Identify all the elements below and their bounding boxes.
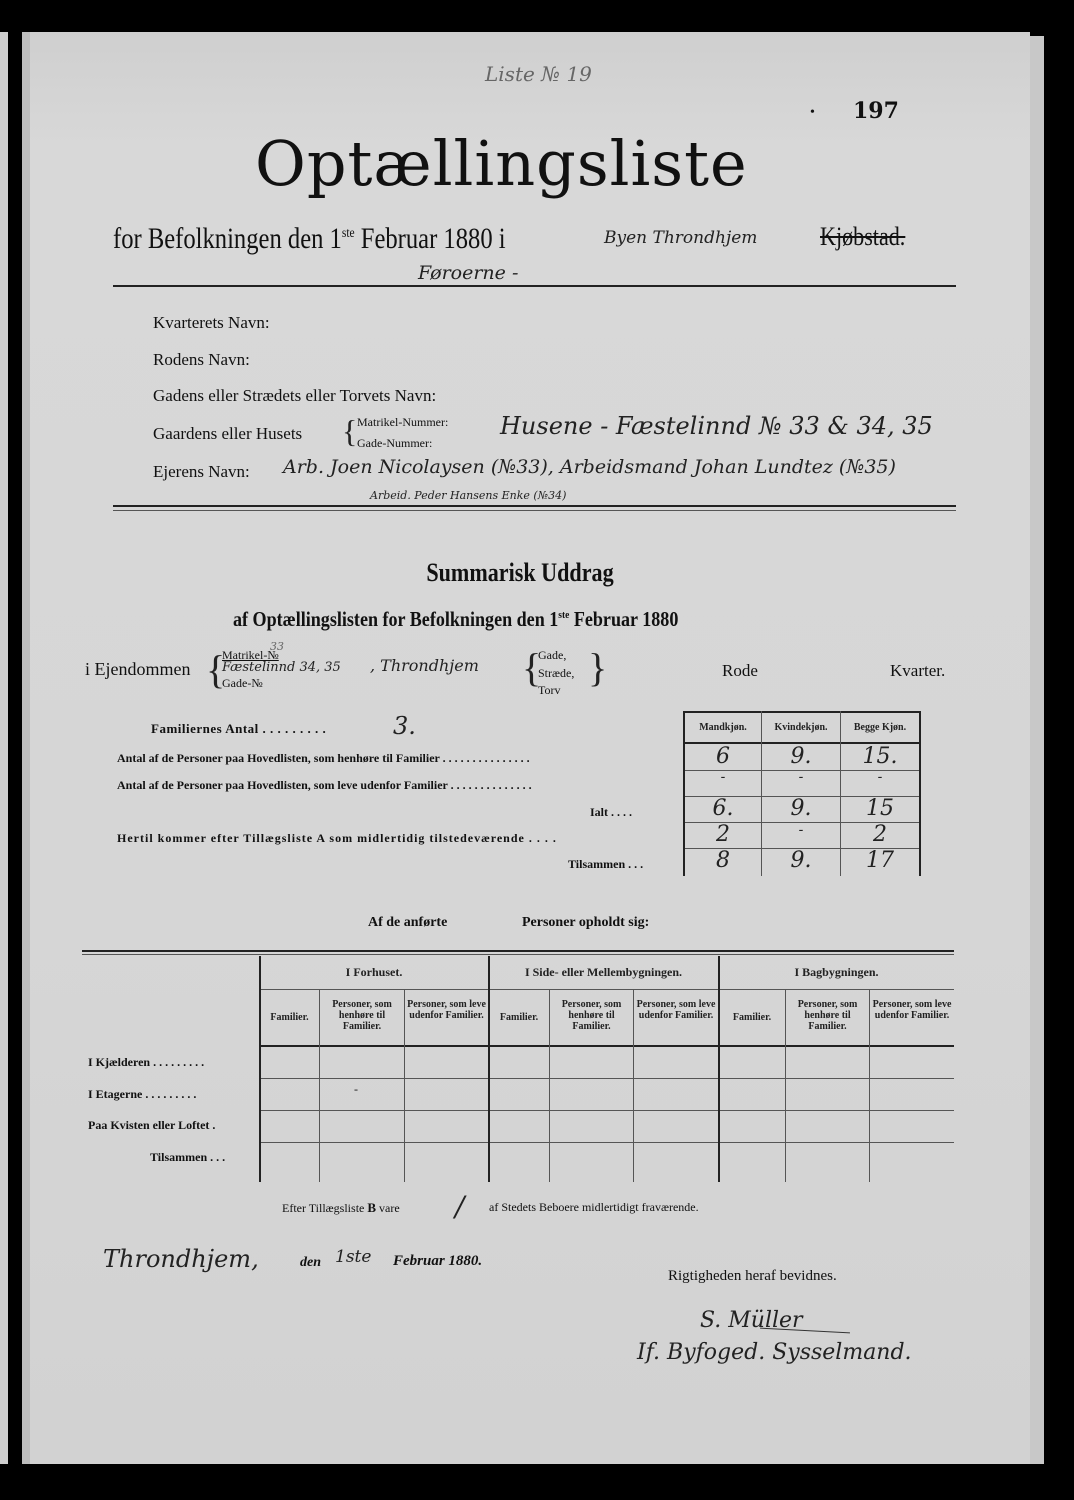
familier-label: Familiernes Antal . . . . . . . . . <box>151 721 326 737</box>
grid-line <box>259 1078 954 1079</box>
gade-label: Gadens eller Strædets eller Torvets Navn… <box>153 386 436 406</box>
address-rule-2 <box>113 510 956 511</box>
count-row-label-4: Hertil kommer efter Tillægsliste A som m… <box>117 831 669 846</box>
signature-2: If. Byfoged. Sysselmand. <box>637 1340 912 1365</box>
subcol-udenfor: Personer, som leve udenfor Familier. <box>405 999 488 1021</box>
gade-nr-label: Gade-Nummer: <box>357 436 432 451</box>
subtitle-prefix: for Befolkningen den 1 <box>113 222 342 255</box>
rode-label-summary: Rode <box>722 661 758 681</box>
grid-line <box>259 1142 954 1143</box>
count-cell: 8 <box>685 848 761 873</box>
row-label-kvisten: Paa Kvisten eller Loftet . <box>88 1118 215 1133</box>
count-cell: 2 <box>685 822 761 847</box>
row-label-text: Tilsammen <box>568 857 625 871</box>
form-title: Optællingsliste <box>255 127 748 200</box>
summary-place: , Throndhjem <box>370 656 479 675</box>
tillaeg-b-vare: vare <box>379 1201 400 1215</box>
familier-label-text: Familiernes Antal <box>151 721 259 736</box>
grid-line <box>919 711 921 876</box>
grid-line <box>259 1045 954 1047</box>
subcol-familier: Familier. <box>489 1012 549 1023</box>
row-label-text: Antal af de Personer paa Hovedlisten, so… <box>117 778 448 792</box>
tillaeg-b-suffix: af Stedets Beboere midlertidigt fraværen… <box>489 1200 699 1215</box>
summary-heading: Summarisk Uddrag <box>78 558 962 588</box>
col-header-mandkjon: Mandkjøn. <box>685 722 761 733</box>
tillaeg-b-value: / <box>455 1190 464 1223</box>
count-cell: 6 <box>685 744 761 769</box>
ink-dot: • <box>810 105 815 121</box>
counts-table: Mandkjøn. Kvindekjøn. Begge Kjøn. 6 9. 1… <box>683 711 921 876</box>
row-label-text: Ialt <box>590 805 608 819</box>
grid-line <box>259 1110 954 1111</box>
count-cell: - <box>685 769 761 785</box>
count-row-label-2: Antal af de Personer paa Hovedlisten, so… <box>117 778 669 793</box>
rode-label: Rodens Navn: <box>153 350 250 370</box>
col-header-kvindekjon: Kvindekjøn. <box>762 722 840 733</box>
street-type-gade: Gade, <box>538 648 566 663</box>
count-cell: - <box>841 769 919 785</box>
count-cell: - <box>762 822 840 838</box>
grid-line <box>259 989 954 990</box>
count-cell: 9. <box>762 744 840 769</box>
street-type-straede: Stræde, <box>538 666 574 681</box>
brace-close-icon: } <box>588 644 607 691</box>
subcol-familier: Familier. <box>719 1012 785 1023</box>
count-cell: 2 <box>841 822 919 847</box>
matrikel-no-value: 33 <box>270 640 284 653</box>
page-edge <box>0 32 8 1464</box>
handwritten-city: Byen Throndhjem <box>604 228 757 248</box>
subcol-familier: Familier. <box>260 1012 319 1023</box>
count-cell: 15. <box>841 744 919 769</box>
etagerne-mark: - <box>354 1082 358 1097</box>
subcol-henhore: Personer, som henhøre til Familier. <box>786 999 869 1032</box>
subtitle-month-year: Februar 1880 i <box>361 222 506 255</box>
subcol-udenfor: Personer, som leve udenfor Familier. <box>634 999 718 1021</box>
grid-line <box>82 950 954 952</box>
group-header-bagbygning: I Bagbygningen. <box>719 967 954 978</box>
row-label-text: Antal af de Personer paa Hovedlisten, so… <box>117 751 440 765</box>
distribution-intro-right: Personer opholdt sig: <box>522 915 649 931</box>
ejer-value-line1: Arb. Joen Nicolaysen (№33), Arbeidsmand … <box>283 456 896 478</box>
street-type-torv: Torv <box>538 683 561 698</box>
tillaeg-b-letter: B <box>367 1200 376 1215</box>
ejer-value-line2: Arbeid. Peder Hansens Enke (№34) <box>370 489 566 502</box>
struck-kjobstad: Kjøbstad. <box>820 222 905 252</box>
page-edge-right <box>1030 36 1044 1464</box>
subcol-udenfor: Personer, som leve udenfor Familier. <box>870 999 954 1021</box>
count-cell: - <box>762 769 840 785</box>
handwritten-area: Føroerne - <box>418 262 518 284</box>
count-cell: 15 <box>841 796 919 821</box>
gaard-value: Husene - Fæstelinnd № 33 & 34, 35 <box>500 412 933 440</box>
grid-line <box>488 956 490 1182</box>
summary-subheading-sup: ste <box>558 609 569 621</box>
row-label-tilsammen: Tilsammen . . . <box>150 1150 225 1165</box>
grid-line <box>683 711 921 713</box>
subcol-henhore: Personer, som henhøre til Familier. <box>320 999 404 1032</box>
count-row-label-5: Tilsammen . . . <box>568 857 643 872</box>
date-suffix: Februar 1880. <box>393 1253 482 1270</box>
row-label-etagerne: I Etagerne . . . . . . . . . <box>88 1087 196 1102</box>
col-header-begge: Begge Kjøn. <box>841 722 919 733</box>
count-cell: 6. <box>685 796 761 821</box>
summary-subheading: af Optællingslisten for Befolkningen den… <box>233 607 678 632</box>
count-cell: 17 <box>841 848 919 873</box>
header-rule <box>113 285 956 287</box>
gade-no-value: Fæstelinnd 34, 35 <box>222 660 341 675</box>
attestation: Rigtigheden heraf bevidnes. <box>668 1268 837 1285</box>
ejendom-label: i Ejendommen <box>85 659 190 680</box>
count-cell: 9. <box>762 848 840 873</box>
row-label-kjaelderen: I Kjælderen . . . . . . . . . <box>88 1055 204 1070</box>
brace-icon: { <box>342 413 357 450</box>
kvarter-label: Kvarterets Navn: <box>153 313 270 333</box>
row-label-text: I Etagerne <box>88 1087 142 1101</box>
row-label-text: Hertil kommer efter Tillægsliste A som m… <box>117 831 525 845</box>
distribution-table: I Forhuset. I Side- eller Mellembygninge… <box>82 950 954 1182</box>
page-edge-shadow <box>22 32 30 1464</box>
grid-line <box>718 956 720 1182</box>
page-number: 197 <box>853 98 899 124</box>
signature-place: Throndhjem, <box>103 1245 259 1273</box>
grid-line <box>259 956 261 1182</box>
count-row-label-1: Antal af de Personer paa Hovedlisten, so… <box>117 751 669 766</box>
grid-line <box>82 954 954 955</box>
date-prefix: den <box>300 1255 321 1271</box>
kvarter-label-summary: Kvarter. <box>890 661 945 681</box>
subtitle-sup: ste <box>342 226 355 241</box>
address-rule-1 <box>113 505 956 507</box>
row-label-text: I Kjælderen <box>88 1055 150 1069</box>
matrikel-nr-label: Matrikel-Nummer: <box>357 415 448 430</box>
row-label-text: Tilsammen <box>150 1150 207 1164</box>
distribution-intro-left: Af de anførte <box>368 915 447 931</box>
gade-no-label: Gade-№ <box>222 676 263 691</box>
summary-subheading-prefix: af Optællingslisten for Befolkningen den… <box>233 607 558 631</box>
date-day: 1ste <box>335 1247 371 1267</box>
gaard-label: Gaardens eller Husets <box>153 424 302 444</box>
summary-subheading-suffix: Februar 1880 <box>574 607 679 631</box>
group-header-forhuset: I Forhuset. <box>260 967 488 978</box>
group-header-sidebygning: I Side- eller Mellembygningen. <box>489 967 718 978</box>
subcol-henhore: Personer, som henhøre til Familier. <box>550 999 633 1032</box>
count-cell: 9. <box>762 796 840 821</box>
ejer-label: Ejerens Navn: <box>153 462 250 482</box>
tillaeg-b-prefix: Efter Tillægsliste <box>282 1201 364 1215</box>
familier-value: 3. <box>393 712 416 740</box>
tillaeg-b-line: Efter Tillægsliste B vare <box>282 1200 400 1216</box>
archive-note: Liste № 19 <box>485 62 592 86</box>
leader-dots: . . . . . . . . . <box>263 721 327 736</box>
count-row-label-3: Ialt . . . . <box>590 805 632 820</box>
